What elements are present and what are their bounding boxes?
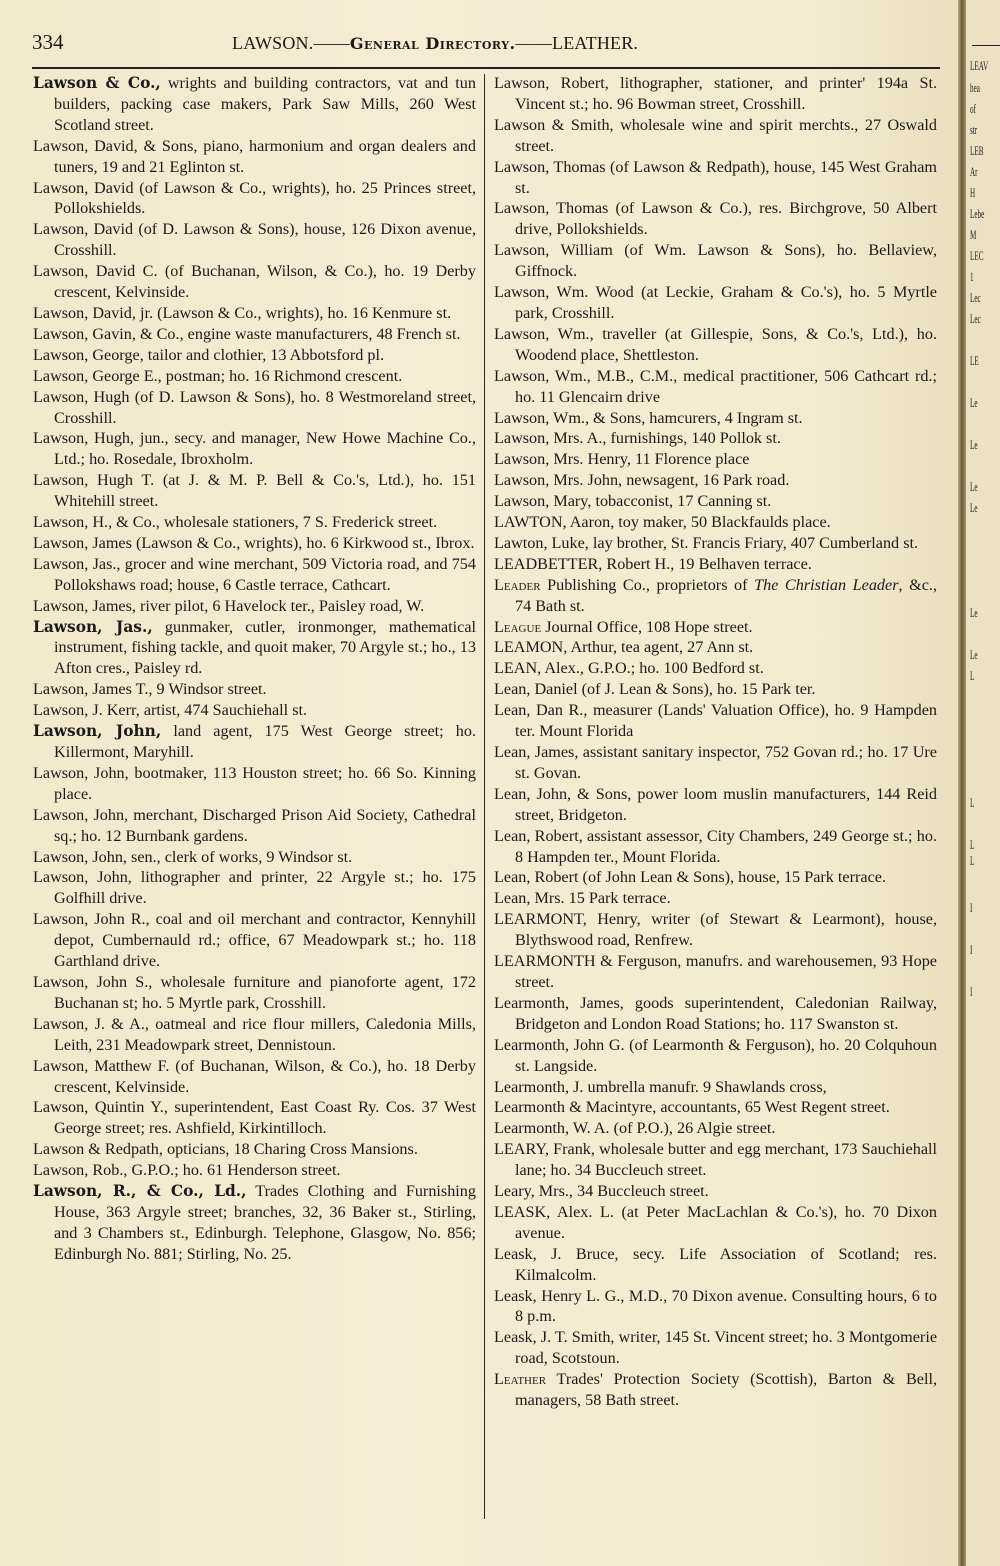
- directory-entry: Lean, John, & Sons, power loom muslin ma…: [494, 784, 937, 826]
- running-head-right: ——LEATHER.: [516, 33, 639, 53]
- directory-entry: Lawson & Co., wrights and building contr…: [33, 73, 476, 136]
- directory-entry: Leask, Henry L. G., M.D., 70 Dixon avenu…: [494, 1286, 937, 1328]
- entry-text: Leask, J. Bruce, secy. Life Association …: [494, 1245, 937, 1284]
- directory-entry: Lawson, Matthew F. (of Buchanan, Wilson,…: [33, 1056, 476, 1098]
- entry-name: Lawson, John,: [33, 722, 161, 740]
- adjacent-page-fragment: I: [970, 900, 972, 916]
- adjacent-page-fragment: L: [970, 853, 974, 869]
- directory-entry: Lawson, John, lithographer and printer, …: [33, 867, 476, 909]
- directory-entry: Lawson, Mrs. A., furnishings, 140 Pollok…: [494, 428, 937, 449]
- entry-text: Lawson, Wm., traveller (at Gillespie, So…: [494, 325, 937, 364]
- entry-text: Lawson, David (of Lawson & Co., wrights)…: [33, 179, 476, 218]
- directory-entry: LEARY, Frank, wholesale butter and egg m…: [494, 1139, 937, 1181]
- entry-text: LEADBETTER, Robert H., 19 Belhaven terra…: [494, 555, 812, 573]
- directory-entry: LEARMONT, Henry, writer (of Stewart & Le…: [494, 909, 937, 951]
- directory-entry: Leask, J. T. Smith, writer, 145 St. Vinc…: [494, 1327, 937, 1369]
- directory-entry: Lawson, Hugh T. (at J. & M. P. Bell & Co…: [33, 470, 476, 512]
- adjacent-page-fragment: H: [970, 185, 975, 201]
- entry-text: Lean, Robert, assistant assessor, City C…: [494, 827, 937, 866]
- adjacent-page-fragment: Le: [970, 395, 978, 411]
- entry-text: Leask, J. T. Smith, writer, 145 St. Vinc…: [494, 1328, 937, 1367]
- entry-text: Lean, Robert (of John Lean & Sons), hous…: [494, 868, 886, 886]
- directory-entry: Leary, Mrs., 34 Buccleuch street.: [494, 1181, 937, 1202]
- directory-entry: Learmonth, W. A. (of P.O.), 26 Algie str…: [494, 1118, 937, 1139]
- directory-entry: Lawson, H., & Co., wholesale stationers,…: [33, 512, 476, 533]
- adjacent-page-fragment: LEAV: [970, 58, 988, 74]
- adjacent-page-fragment: Lebe: [970, 206, 984, 222]
- entry-text: Lean, James, assistant sanitary inspecto…: [494, 743, 937, 782]
- entry-text: Learmonth, James, goods superintendent, …: [494, 994, 937, 1033]
- adjacent-page-fragment: L: [970, 668, 974, 684]
- adjacent-page-fragment: str: [970, 122, 977, 138]
- directory-entry: Lawson, Hugh (of D. Lawson & Sons), ho. …: [33, 387, 476, 429]
- entry-text: Learmonth, J. umbrella manufr. 9 Shawlan…: [494, 1078, 827, 1096]
- entry-text: Learmonth, John G. (of Learmonth & Fergu…: [494, 1036, 937, 1075]
- entry-name: Leader: [494, 576, 541, 594]
- entry-text: Lawson, Mrs. John, newsagent, 16 Park ro…: [494, 471, 789, 489]
- adjacent-page-fragment: Lec: [970, 290, 981, 306]
- directory-entry: Lean, Robert (of John Lean & Sons), hous…: [494, 867, 937, 888]
- directory-entry: Lawson, Gavin, & Co., engine waste manuf…: [33, 324, 476, 345]
- entry-text: Trades' Protection Society (Scottish), B…: [515, 1370, 937, 1409]
- entry-text: Lawson, Wm., M.B., C.M., medical practit…: [494, 367, 937, 406]
- header-rule: [32, 67, 940, 69]
- directory-entry: Lean, Robert, assistant assessor, City C…: [494, 826, 937, 868]
- entry-text: Lawson, Thomas (of Lawson & Co.), res. B…: [494, 199, 937, 238]
- entry-text: Lawson, John S., wholesale furniture and…: [33, 973, 476, 1012]
- adjacent-page-fragment: Lec: [970, 311, 981, 327]
- directory-entry: Lawson, Quintin Y., superintendent, East…: [33, 1097, 476, 1139]
- entry-name: Lawson, Jas.,: [33, 618, 153, 636]
- entry-text: Lawson, John R., coal and oil merchant a…: [33, 910, 476, 970]
- directory-entry: Lawson, David, jr. (Lawson & Co., wright…: [33, 303, 476, 324]
- directory-entry: Lawson, John S., wholesale furniture and…: [33, 972, 476, 1014]
- directory-entry: Lawson, David (of Lawson & Co., wrights)…: [33, 178, 476, 220]
- adjacent-page-edge: LEAVheaofstrLEBArHLebeMLEC1LecLecLELeLeL…: [966, 0, 1000, 1566]
- entry-text: Lawson, Gavin, & Co., engine waste manuf…: [33, 325, 461, 343]
- adjacent-page-fragment: Le: [970, 479, 978, 495]
- adjacent-page-fragment: 1: [970, 269, 974, 285]
- directory-page: 334 LAWSON.——General Directory.——LEATHER…: [0, 0, 962, 1566]
- adjacent-page-fragment: of: [970, 101, 976, 117]
- adjacent-page-fragment: I: [970, 942, 972, 958]
- directory-entry: Lawson, Wm., M.B., C.M., medical practit…: [494, 366, 937, 408]
- entry-text: Lawson, Wm., & Sons, hamcurers, 4 Ingram…: [494, 409, 803, 427]
- right-column: Lawson, Robert, lithographer, stationer,…: [494, 73, 937, 1411]
- directory-entry: Lawson, James (Lawson & Co., wrights), h…: [33, 533, 476, 554]
- entry-italic-title: The Christian Leader: [754, 576, 898, 594]
- directory-entry: Lean, Mrs. 15 Park terrace.: [494, 888, 937, 909]
- entry-text: LEAMON, Arthur, tea agent, 27 Ann st.: [494, 638, 753, 656]
- directory-entry: Lawson, Mary, tobacconist, 17 Canning st…: [494, 491, 937, 512]
- directory-entry: Lawson, Wm., traveller (at Gillespie, So…: [494, 324, 937, 366]
- entry-text: Lawson, David, jr. (Lawson & Co., wright…: [33, 304, 451, 322]
- entry-text: Lawson, Quintin Y., superintendent, East…: [33, 1098, 476, 1137]
- book-gutter: [958, 0, 966, 1566]
- entry-text: Lean, Dan R., measurer (Lands' Valuation…: [494, 701, 937, 740]
- adjacent-page-fragment: I: [970, 984, 972, 1000]
- directory-entry: Lawson, Jas., grocer and wine merchant, …: [33, 554, 476, 596]
- directory-entry: LEASK, Alex. L. (at Peter MacLachlan & C…: [494, 1202, 937, 1244]
- entry-text: Leask, Henry L. G., M.D., 70 Dixon avenu…: [494, 1287, 937, 1326]
- entry-text: Lawson, James (Lawson & Co., wrights), h…: [33, 534, 475, 552]
- entry-text: LEARMONTH & Ferguson, manufrs. and wareh…: [494, 952, 937, 991]
- directory-entry: Lawson, J. & A., oatmeal and rice flour …: [33, 1014, 476, 1056]
- entry-text: Lawson, H., & Co., wholesale stationers,…: [33, 513, 437, 531]
- directory-entry: Lawson, Wm., & Sons, hamcurers, 4 Ingram…: [494, 408, 937, 429]
- directory-entry: Lawson, R., & Co., Ld., Trades Clothing …: [33, 1181, 476, 1265]
- directory-entry: Lawson, John, sen., clerk of works, 9 Wi…: [33, 847, 476, 868]
- directory-entry: Lawson, John, bootmaker, 113 Houston str…: [33, 763, 476, 805]
- entry-text: Lawson, Matthew F. (of Buchanan, Wilson,…: [33, 1057, 476, 1096]
- entry-text: LEARY, Frank, wholesale butter and egg m…: [494, 1140, 937, 1179]
- entry-text: Learmonth & Macintyre, accountants, 65 W…: [494, 1098, 890, 1116]
- directory-entry: Lean, Dan R., measurer (Lands' Valuation…: [494, 700, 937, 742]
- entry-text: Lawson, James, river pilot, 6 Havelock t…: [33, 597, 424, 615]
- directory-entry: Learmonth, James, goods superintendent, …: [494, 993, 937, 1035]
- running-head: LAWSON.——General Directory.——LEATHER.: [232, 33, 638, 54]
- directory-entry: Learmonth, J. umbrella manufr. 9 Shawlan…: [494, 1077, 937, 1098]
- entry-text: Lawson, William (of Wm. Lawson & Sons), …: [494, 241, 937, 280]
- entry-text: Lawson, Mary, tobacconist, 17 Canning st…: [494, 492, 771, 510]
- directory-entry: Lawson, J. Kerr, artist, 474 Sauchiehall…: [33, 700, 476, 721]
- entry-text: LEASK, Alex. L. (at Peter MacLachlan & C…: [494, 1203, 937, 1242]
- entry-text: Lawson, Wm. Wood (at Leckie, Graham & Co…: [494, 283, 937, 322]
- directory-entry: Lawson, George, tailor and clothier, 13 …: [33, 345, 476, 366]
- adjacent-page-rule: [972, 45, 1000, 46]
- adjacent-page-fragment: LEC: [970, 248, 984, 264]
- directory-entry: Lawson, James T., 9 Windsor street.: [33, 679, 476, 700]
- directory-entry: Lawson, Rob., G.P.O.; ho. 61 Henderson s…: [33, 1160, 476, 1181]
- entry-text: Lawson, David, & Sons, piano, harmonium …: [33, 137, 476, 176]
- directory-entry: Lawson, James, river pilot, 6 Havelock t…: [33, 596, 476, 617]
- entry-name: League: [494, 618, 541, 636]
- directory-entry: Leader Publishing Co., proprietors of Th…: [494, 575, 937, 617]
- entry-text: Lawson & Redpath, opticians, 18 Charing …: [33, 1140, 418, 1158]
- directory-entry: LAWTON, Aaron, toy maker, 50 Blackfaulds…: [494, 512, 937, 533]
- directory-entry: Lawson, John, merchant, Discharged Priso…: [33, 805, 476, 847]
- adjacent-page-fragment: LEB: [970, 143, 984, 159]
- adjacent-page-fragment: M: [970, 227, 976, 243]
- column-divider: [484, 74, 485, 1519]
- running-head-center: General Directory.: [350, 34, 516, 53]
- entry-text: Lawson, George E., postman; ho. 16 Richm…: [33, 367, 402, 385]
- adjacent-page-fragment: Ar: [970, 164, 978, 180]
- directory-entry: Lawson, David C. (of Buchanan, Wilson, &…: [33, 261, 476, 303]
- directory-entry: LEARMONTH & Ferguson, manufrs. and wareh…: [494, 951, 937, 993]
- directory-entry: Lawson, Hugh, jun., secy. and manager, N…: [33, 428, 476, 470]
- entry-text: Lawson, Jas., grocer and wine merchant, …: [33, 555, 476, 594]
- adjacent-page-fragment: LE: [970, 353, 979, 369]
- entry-text: Lawson, David C. (of Buchanan, Wilson, &…: [33, 262, 476, 301]
- entry-name: Lawson & Co.,: [33, 74, 161, 92]
- directory-entry: Lawson, John, land agent, 175 West Georg…: [33, 721, 476, 763]
- adjacent-page-fragment: Le: [970, 647, 978, 663]
- directory-entry: Lawson, David (of D. Lawson & Sons), hou…: [33, 219, 476, 261]
- directory-entry: Leather Trades' Protection Society (Scot…: [494, 1369, 937, 1411]
- left-column: Lawson & Co., wrights and building contr…: [33, 73, 476, 1265]
- directory-entry: Lawson, Mrs. Henry, 11 Florence place: [494, 449, 937, 470]
- entry-text: LEAN, Alex., G.P.O.; ho. 100 Bedford st.: [494, 659, 764, 677]
- entry-text: Lawson, Mrs. Henry, 11 Florence place: [494, 450, 749, 468]
- directory-entry: League Journal Office, 108 Hope street.: [494, 617, 937, 638]
- page-header: 334 LAWSON.——General Directory.——LEATHER…: [32, 30, 940, 60]
- entry-text: Lawson, John, lithographer and printer, …: [33, 868, 476, 907]
- directory-entry: Lawson, Jas., gunmaker, cutler, ironmong…: [33, 617, 476, 680]
- directory-entry: Lawson, David, & Sons, piano, harmonium …: [33, 136, 476, 178]
- entry-text: Lawson, Thomas (of Lawson & Redpath), ho…: [494, 158, 937, 197]
- directory-entry: Lawson, Mrs. John, newsagent, 16 Park ro…: [494, 470, 937, 491]
- entry-text: Lawson, John, merchant, Discharged Priso…: [33, 806, 476, 845]
- directory-entry: Leask, J. Bruce, secy. Life Association …: [494, 1244, 937, 1286]
- entry-text: Lawson, Rob., G.P.O.; ho. 61 Henderson s…: [33, 1161, 341, 1179]
- directory-entry: Lawson, George E., postman; ho. 16 Richm…: [33, 366, 476, 387]
- entry-text: Leary, Mrs., 34 Buccleuch street.: [494, 1182, 709, 1200]
- entry-text: LAWTON, Aaron, toy maker, 50 Blackfaulds…: [494, 513, 831, 531]
- entry-text: Lawson, Hugh, jun., secy. and manager, N…: [33, 429, 476, 468]
- directory-entry: Lawson & Smith, wholesale wine and spiri…: [494, 115, 937, 157]
- entry-text: Lawson & Smith, wholesale wine and spiri…: [494, 116, 937, 155]
- page-number: 334: [32, 30, 64, 55]
- directory-entry: Lawson, John R., coal and oil merchant a…: [33, 909, 476, 972]
- entry-text: Lean, John, & Sons, power loom muslin ma…: [494, 785, 937, 824]
- directory-entry: Lawson, Thomas (of Lawson & Redpath), ho…: [494, 157, 937, 199]
- adjacent-page-fragment: Le: [970, 500, 978, 516]
- directory-entry: Lawson, William (of Wm. Lawson & Sons), …: [494, 240, 937, 282]
- entry-name: Leather: [494, 1370, 546, 1388]
- entry-text: Lawson, David (of D. Lawson & Sons), hou…: [33, 220, 476, 259]
- directory-entry: Learmonth & Macintyre, accountants, 65 W…: [494, 1097, 937, 1118]
- entry-text: Lean, Daniel (of J. Lean & Sons), ho. 15…: [494, 680, 815, 698]
- entry-text: Journal Office, 108 Hope street.: [541, 618, 752, 636]
- entry-text: Publishing Co., proprietors of: [541, 576, 755, 594]
- directory-entry: Lawson, Thomas (of Lawson & Co.), res. B…: [494, 198, 937, 240]
- entry-text: LEARMONT, Henry, writer (of Stewart & Le…: [494, 910, 937, 949]
- entry-text: Lawson, George, tailor and clothier, 13 …: [33, 346, 384, 364]
- directory-entry: Lawson & Redpath, opticians, 18 Charing …: [33, 1139, 476, 1160]
- directory-entry: Lawson, Robert, lithographer, stationer,…: [494, 73, 937, 115]
- entry-text: Lawson, John, bootmaker, 113 Houston str…: [33, 764, 476, 803]
- directory-entry: LEAMON, Arthur, tea agent, 27 Ann st.: [494, 637, 937, 658]
- entry-text: Lawson, J. Kerr, artist, 474 Sauchiehall…: [33, 701, 307, 719]
- entry-text: Learmonth, W. A. (of P.O.), 26 Algie str…: [494, 1119, 775, 1137]
- directory-entry: Lean, James, assistant sanitary inspecto…: [494, 742, 937, 784]
- directory-entry: Lawson, Wm. Wood (at Leckie, Graham & Co…: [494, 282, 937, 324]
- entry-text: Lean, Mrs. 15 Park terrace.: [494, 889, 671, 907]
- adjacent-page-fragment: hea: [970, 80, 980, 96]
- entry-text: Lawson, Mrs. A., furnishings, 140 Pollok…: [494, 429, 781, 447]
- directory-entry: LEADBETTER, Robert H., 19 Belhaven terra…: [494, 554, 937, 575]
- entry-text: Lawson, John, sen., clerk of works, 9 Wi…: [33, 848, 352, 866]
- entry-text: Lawson, James T., 9 Windsor street.: [33, 680, 267, 698]
- entry-text: Lawson, Robert, lithographer, stationer,…: [494, 74, 937, 113]
- adjacent-page-fragment: L: [970, 795, 974, 811]
- directory-entry: Learmonth, John G. (of Learmonth & Fergu…: [494, 1035, 937, 1077]
- directory-entry: Lawton, Luke, lay brother, St. Francis F…: [494, 533, 937, 554]
- entry-text: Lawson, Hugh (of D. Lawson & Sons), ho. …: [33, 388, 476, 427]
- directory-entry: Lean, Daniel (of J. Lean & Sons), ho. 15…: [494, 679, 937, 700]
- adjacent-page-fragment: Le: [970, 437, 978, 453]
- entry-text: Lawton, Luke, lay brother, St. Francis F…: [494, 534, 918, 552]
- running-head-left: LAWSON.——: [232, 33, 350, 53]
- adjacent-page-fragment: Le: [970, 605, 978, 621]
- entry-text: Lawson, J. & A., oatmeal and rice flour …: [33, 1015, 476, 1054]
- entry-name: Lawson, R., & Co., Ld.,: [33, 1182, 247, 1200]
- adjacent-page-fragment: L: [970, 837, 974, 853]
- entry-text: Lawson, Hugh T. (at J. & M. P. Bell & Co…: [33, 471, 476, 510]
- directory-entry: LEAN, Alex., G.P.O.; ho. 100 Bedford st.: [494, 658, 937, 679]
